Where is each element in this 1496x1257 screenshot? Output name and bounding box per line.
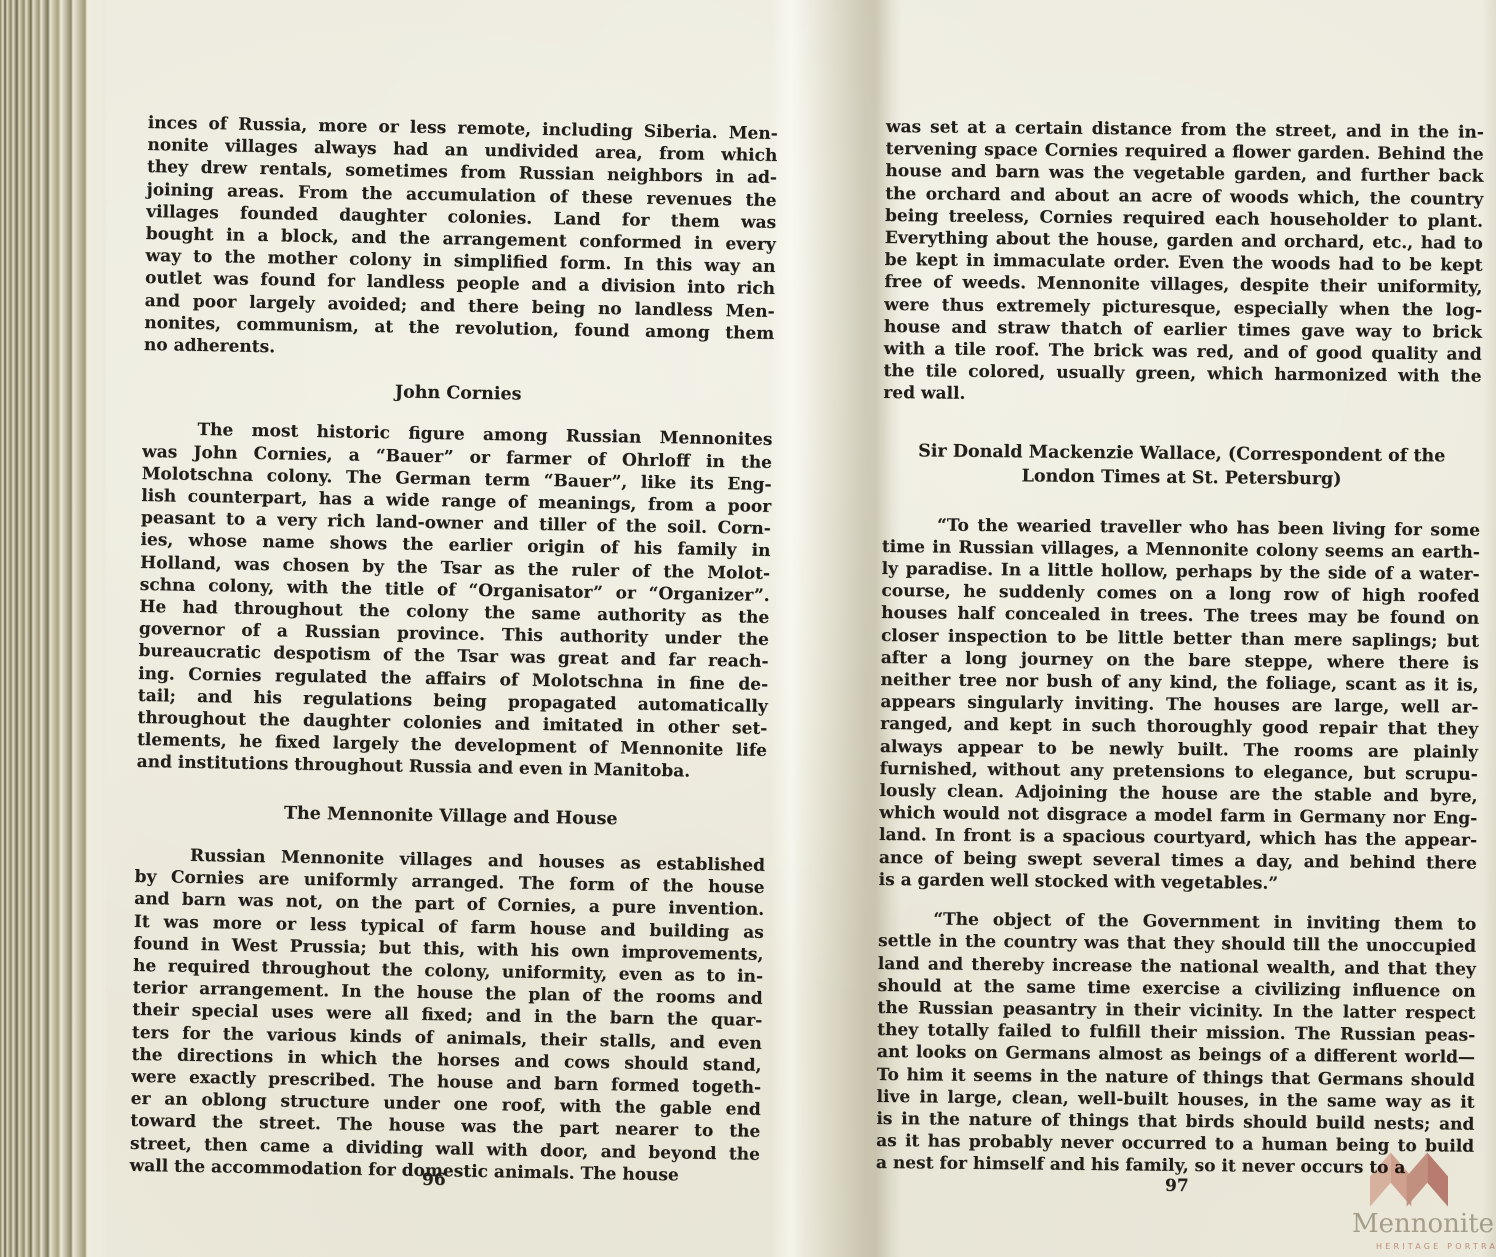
right-paragraph-2: “To the wearied traveller who has been l… [879,514,1481,897]
watermark-subtitle: HERITAGE PORTRAIT [1376,1242,1496,1251]
right-paragraph-3: “The object of the Government in invitin… [876,908,1477,1180]
left-paragraph-1: inces of Russia, more or less remote, in… [144,112,778,367]
left-paragraph-2: The most historic figure among Russian M… [136,418,772,784]
right-paragraph-1: was set at a certain distance from the s… [883,116,1484,410]
heading-text: John Cornies [143,377,773,410]
right-page: was set at a certain distance from the s… [876,116,1484,1180]
heading-john-cornies: John Cornies [143,377,773,410]
book-page-edges [0,0,106,1257]
heading-text: The Mennonite Village and House [136,800,766,833]
right-page-number: 97 [1165,1176,1189,1196]
left-page: inces of Russia, more or less remote, in… [129,112,777,1188]
left-paragraph-3: Russian Mennonite villages and houses as… [129,844,765,1188]
heading-mennonite-village-and-house: The Mennonite Village and House [136,800,766,833]
left-page-number: 96 [422,1170,446,1190]
book-scan: { "book": { "colors": { "paper": "#ecead… [0,0,1496,1257]
watermark-title: Mennonite [1352,1209,1496,1239]
heading-wallace-correspondent: Sir Donald Mackenzie Wallace, (Correspon… [882,439,1480,493]
right-page-edge-shade [1482,0,1496,1257]
